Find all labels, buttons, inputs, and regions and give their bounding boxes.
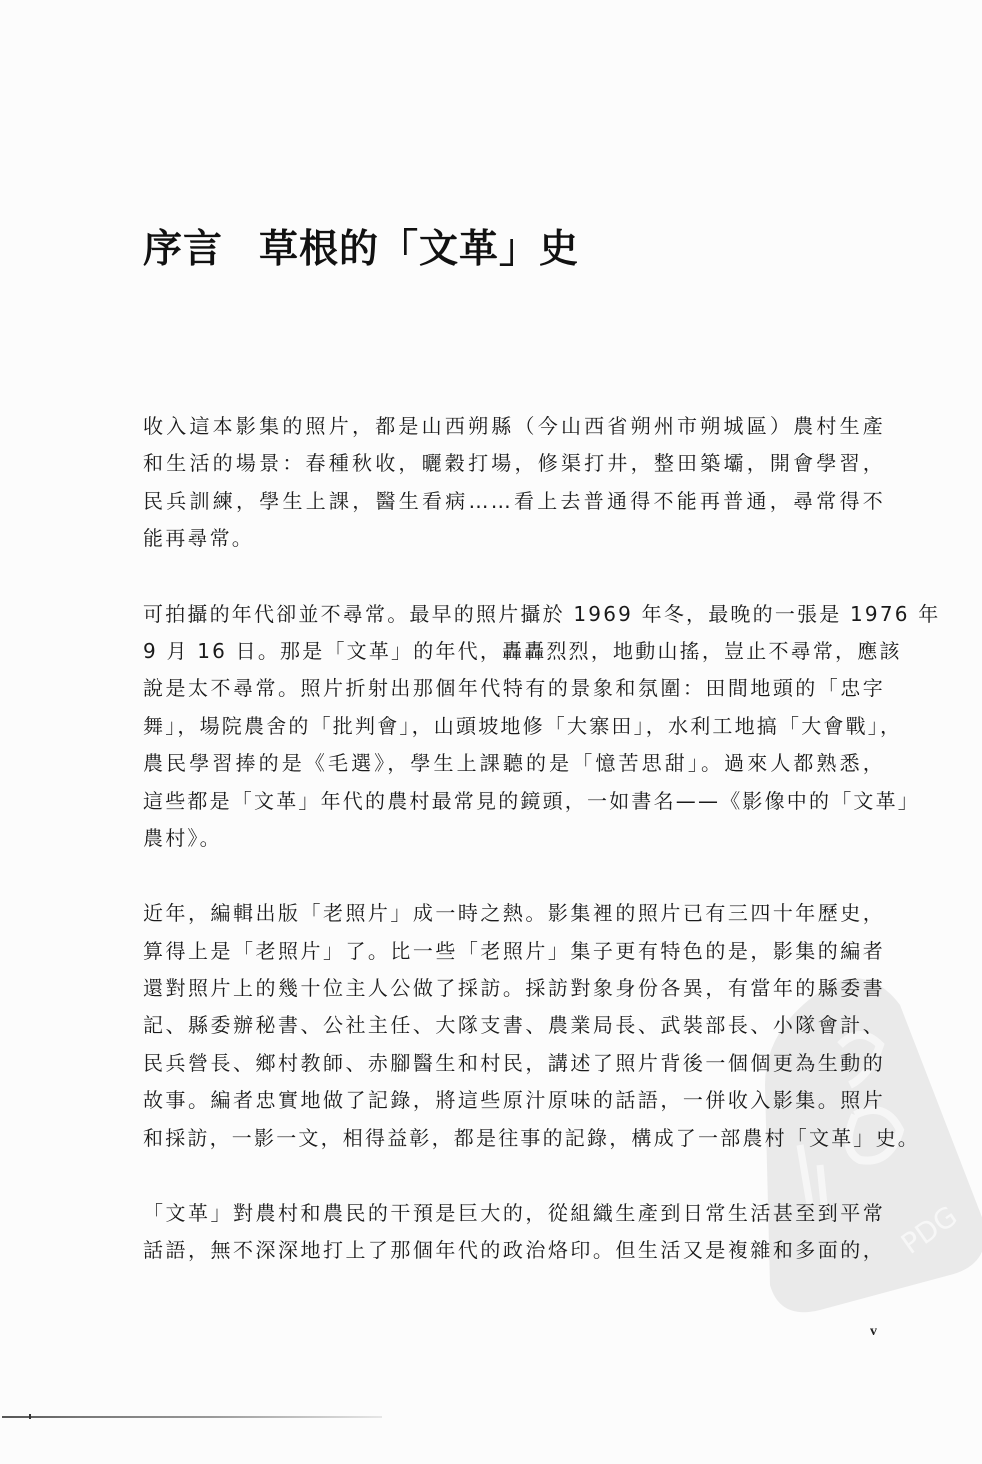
text-line: 記、縣委辦秘書、公社主任、大隊支書、農業局長、武裝部長、小隊會計、	[143, 1007, 885, 1044]
text-line: 民兵營長、鄉村教師、赤腳醫生和村民，講述了照片背後一個個更為生動的	[143, 1045, 885, 1082]
text-line: 民兵訓練，學生上課，醫生看病……看上去普通得不能再普通，尋常得不	[143, 483, 885, 520]
text-line: 故事。編者忠實地做了記錄，將這些原汁原味的話語，一併收入影集。照片	[143, 1082, 885, 1119]
paragraph-3: 近年，編輯出版「老照片」成一時之熱。影集裡的照片已有三四十年歷史， 算得上是「老…	[143, 895, 885, 1157]
text-line: 舞」，場院農舍的「批判會」，山頭坡地修「大寨田」，水利工地搞「大會戰」，	[143, 708, 885, 745]
text-line: 還對照片上的幾十位主人公做了採訪。採訪對象身份各異，有當年的縣委書	[143, 970, 885, 1007]
text-line: 這些都是「文革」年代的農村最常見的鏡頭，一如書名——《影像中的「文革」	[143, 783, 885, 820]
text-line: 和採訪，一影一文，相得益彰，都是往事的記錄，構成了一部農村「文革」史。	[143, 1120, 885, 1157]
text-line: 話語，無不深深地打上了那個年代的政治烙印。但生活又是複雜和多面的，	[143, 1232, 885, 1269]
scan-edge-mark	[29, 1414, 31, 1419]
text-line: 能再尋常。	[143, 520, 885, 557]
paragraph-1: 收入這本影集的照片，都是山西朔縣（今山西省朔州市朔城區）農村生產 和生活的場景：…	[143, 408, 885, 558]
text-line: 收入這本影集的照片，都是山西朔縣（今山西省朔州市朔城區）農村生產	[143, 408, 885, 445]
body-text: 收入這本影集的照片，都是山西朔縣（今山西省朔州市朔城區）農村生產 和生活的場景：…	[143, 408, 885, 1308]
page-number: v	[870, 1324, 877, 1340]
book-page: PDG 序言草根的「文革」史 收入這本影集的照片，都是山西朔縣（今山西省朔州市朔…	[0, 0, 982, 1464]
text-line: 和生活的場景：春種秋收，曬穀打場，修渠打井，整田築壩，開會學習，	[143, 445, 885, 482]
text-line: 算得上是「老照片」了。比一些「老照片」集子更有特色的是，影集的編者	[143, 933, 885, 970]
text-line: 近年，編輯出版「老照片」成一時之熱。影集裡的照片已有三四十年歷史，	[143, 895, 885, 932]
text-line: 說是太不尋常。照片折射出那個年代特有的景象和氛圍：田間地頭的「忠字	[143, 670, 885, 707]
paragraph-4: 「文革」對農村和農民的干預是巨大的，從組織生產到日常生活甚至到平常 話語，無不深…	[143, 1195, 885, 1270]
text-line: 9 月 16 日。那是「文革」的年代，轟轟烈烈，地動山搖，豈止不尋常，應該	[143, 633, 885, 670]
text-line: 「文革」對農村和農民的干預是巨大的，從組織生產到日常生活甚至到平常	[143, 1195, 885, 1232]
text-line: 可拍攝的年代卻並不尋常。最早的照片攝於 1969 年冬，最晚的一張是 1976 …	[143, 596, 885, 633]
text-line: 農民學習捧的是《毛選》，學生上課聽的是「憶苦思甜」。過來人都熟悉，	[143, 745, 885, 782]
paragraph-2: 可拍攝的年代卻並不尋常。最早的照片攝於 1969 年冬，最晚的一張是 1976 …	[143, 596, 885, 858]
chapter-title-text: 草根的「文革」史	[259, 226, 579, 272]
chapter-title: 序言草根的「文革」史	[143, 222, 579, 276]
text-line: 農村》。	[143, 820, 885, 857]
svg-text:PDG: PDG	[895, 1199, 963, 1261]
chapter-title-label: 序言	[143, 226, 223, 272]
scan-edge-divider	[2, 1416, 382, 1418]
